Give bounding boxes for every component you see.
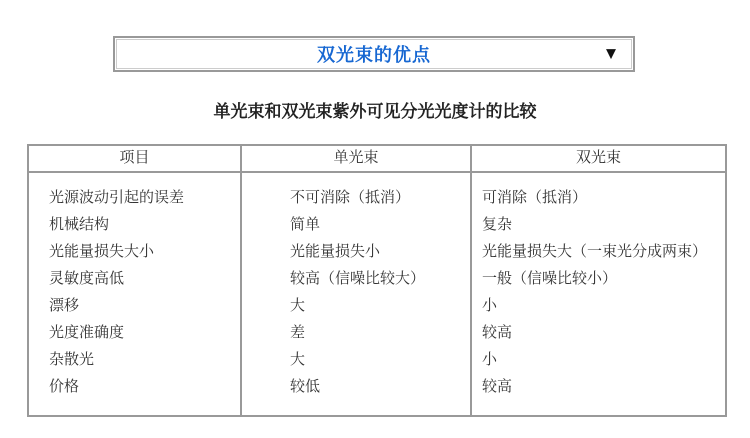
- table-row: 光能量损失大小 光能量损失小 光能量损失大（一束光分成两束）: [28, 239, 726, 266]
- row-item: 光能量损失大小: [28, 239, 241, 266]
- double-beam-value: 较高: [471, 320, 726, 347]
- single-beam-value: 不可消除（抵消）: [241, 172, 471, 212]
- table-row: 机械结构 简单 复杂: [28, 212, 726, 239]
- page: { "dropdown": { "label": "双光束的优点", "arro…: [0, 0, 750, 438]
- row-item: 光度准确度: [28, 320, 241, 347]
- column-header-double-beam: 双光束: [471, 145, 726, 172]
- single-beam-value: 简单: [241, 212, 471, 239]
- table-row: 灵敏度高低 较高（信噪比较大） 一般（信噪比较小）: [28, 266, 726, 293]
- table-header-row: 项目 单光束 双光束: [28, 145, 726, 172]
- row-item: 灵敏度高低: [28, 266, 241, 293]
- double-beam-value: 复杂: [471, 212, 726, 239]
- double-beam-value: 可消除（抵消）: [471, 172, 726, 212]
- table-row: 光源波动引起的误差 不可消除（抵消） 可消除（抵消）: [28, 172, 726, 212]
- single-beam-value: 较低: [241, 374, 471, 416]
- table-row: 光度准确度 差 较高: [28, 320, 726, 347]
- double-beam-value: 小: [471, 347, 726, 374]
- page-title: 单光束和双光束紫外可见分光光度计的比较: [0, 101, 750, 123]
- topic-dropdown[interactable]: 双光束的优点 ▼: [113, 36, 635, 72]
- comparison-table: 项目 单光束 双光束 光源波动引起的误差 不可消除（抵消） 可消除（抵消） 机械…: [27, 144, 727, 417]
- double-beam-value: 小: [471, 293, 726, 320]
- row-item: 机械结构: [28, 212, 241, 239]
- topic-dropdown-inner: 双光束的优点: [116, 39, 632, 69]
- chevron-down-icon[interactable]: ▼: [606, 48, 616, 61]
- table-row: 价格 较低 较高: [28, 374, 726, 416]
- single-beam-value: 光能量损失小: [241, 239, 471, 266]
- row-item: 光源波动引起的误差: [28, 172, 241, 212]
- single-beam-value: 大: [241, 293, 471, 320]
- column-header-single-beam: 单光束: [241, 145, 471, 172]
- single-beam-value: 差: [241, 320, 471, 347]
- topic-dropdown-label: 双光束的优点: [317, 41, 431, 67]
- row-item: 杂散光: [28, 347, 241, 374]
- double-beam-value: 光能量损失大（一束光分成两束）: [471, 239, 726, 266]
- double-beam-value: 较高: [471, 374, 726, 416]
- double-beam-value: 一般（信噪比较小）: [471, 266, 726, 293]
- column-header-item: 项目: [28, 145, 241, 172]
- single-beam-value: 较高（信噪比较大）: [241, 266, 471, 293]
- single-beam-value: 大: [241, 347, 471, 374]
- table-row: 杂散光 大 小: [28, 347, 726, 374]
- row-item: 漂移: [28, 293, 241, 320]
- table-row: 漂移 大 小: [28, 293, 726, 320]
- row-item: 价格: [28, 374, 241, 416]
